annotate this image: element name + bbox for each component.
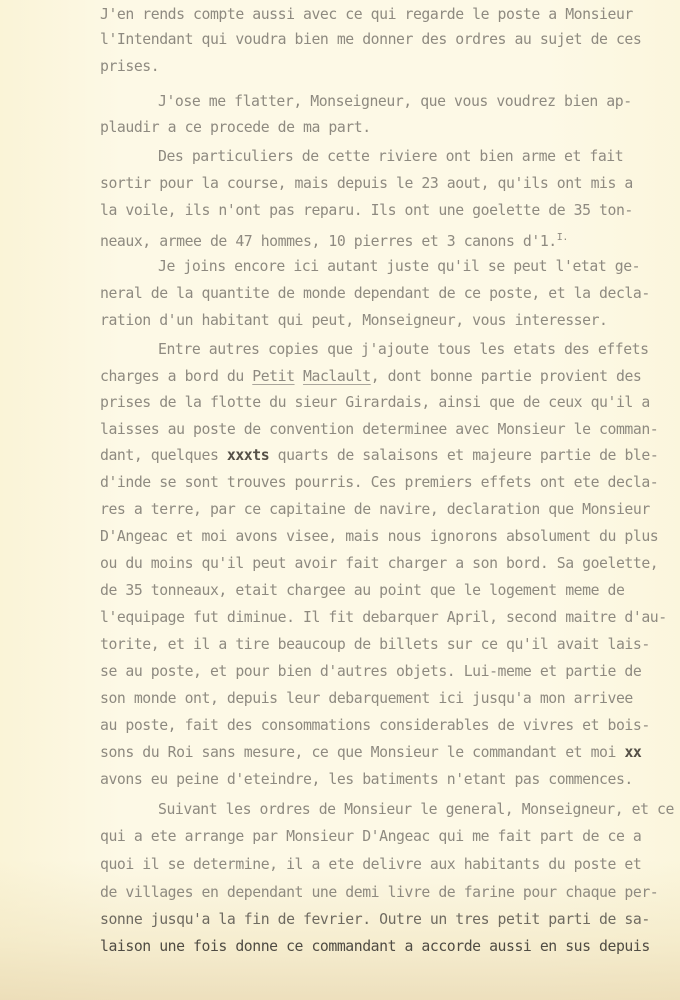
paragraph-start-line: Entre autres copies que j'ajoute tous le… — [158, 341, 649, 359]
space — [295, 368, 303, 385]
text-line: res a terre, par ce capitaine de navire,… — [100, 501, 650, 519]
text-line: sonne jusqu'a la fin de fevrier. Outre u… — [100, 911, 650, 929]
text-line: D'Angeac et moi avons visee, mais nous i… — [100, 528, 658, 546]
struck-out-text: xxxts — [227, 447, 269, 464]
text-line: prises de la flotte du sieur Girardais, … — [100, 394, 650, 412]
text-line: neral de la quantite de monde dependant … — [100, 285, 650, 303]
text-line: l'equipage fut diminue. Il fit debarquer… — [100, 609, 667, 627]
text-line: torite, et il a tire beaucoup de billets… — [100, 636, 650, 654]
superscript-mark: I. — [557, 232, 568, 243]
paragraph-start-line: Je joins encore ici autant juste qu'il s… — [158, 258, 640, 276]
text-line: laisses au poste de convention determine… — [100, 421, 658, 439]
line-text: dant, quelques — [100, 447, 227, 464]
text-line: sons du Roi sans mesure, ce que Monsieur… — [100, 744, 641, 762]
text-line: la voile, ils n'ont pas reparu. Ils ont … — [100, 202, 633, 220]
paragraph-start-line: Des particuliers de cette riviere ont bi… — [158, 148, 623, 166]
text-line: d'inde se sont trouves pourris. Ces prem… — [100, 474, 658, 492]
text-line: dant, quelques xxxts quarts de salaisons… — [100, 447, 658, 465]
paragraph-start-line: Suivant les ordres de Monsieur le genera… — [158, 801, 674, 819]
struck-out-text: xx — [624, 744, 641, 761]
text-line: laison une fois donne ce commandant a ac… — [100, 938, 650, 956]
text-line: son monde ont, depuis leur debarquement … — [100, 690, 633, 708]
text-line: avons eu peine d'eteindre, les batiments… — [100, 771, 633, 789]
line-text: neaux, armee de 47 hommes, 10 pierres et… — [100, 233, 557, 250]
text-line: se au poste, et pour bien d'autres objet… — [100, 663, 641, 681]
text-line: qui a ete arrange par Monsieur D'Angeac … — [100, 828, 641, 846]
line-text: charges a bord du — [100, 368, 252, 385]
text-line: de villages en dependant une demi livre … — [100, 884, 658, 902]
text-line: de 35 tonneaux, etait chargee au point q… — [100, 582, 624, 600]
document-page: J'en rends compte aussi avec ce qui rega… — [0, 0, 680, 1000]
text-line: prises. — [100, 58, 159, 76]
text-line: ou du moins qu'il peut avoir fait charge… — [100, 555, 658, 573]
line-text: quarts de salaisons et majeure partie de… — [269, 447, 658, 464]
text-line: l'Intendant qui voudra bien me donner de… — [100, 31, 641, 49]
line-text: , dont bonne partie provient des — [371, 368, 642, 385]
text-line: charges a bord du Petit Maclault, dont b… — [100, 368, 641, 386]
text-line: quoi il se determine, il a ete delivre a… — [100, 856, 641, 874]
text-line: au poste, fait des consommations conside… — [100, 717, 650, 735]
text-line: J'en rends compte aussi avec ce qui rega… — [100, 6, 633, 24]
text-line: plaudir a ce procede de ma part. — [100, 119, 371, 137]
line-text: sons du Roi sans mesure, ce que Monsieur… — [100, 744, 624, 761]
ship-name-word: Petit — [252, 368, 294, 385]
text-line: neaux, armee de 47 hommes, 10 pierres et… — [100, 229, 568, 251]
text-line: sortir pour la course, mais depuis le 23… — [100, 175, 633, 193]
text-line: ration d'un habitant qui peut, Monseigne… — [100, 312, 608, 330]
ship-name-word: Maclault — [303, 368, 371, 385]
paragraph-start-line: J'ose me flatter, Monseigneur, que vous … — [158, 93, 632, 111]
